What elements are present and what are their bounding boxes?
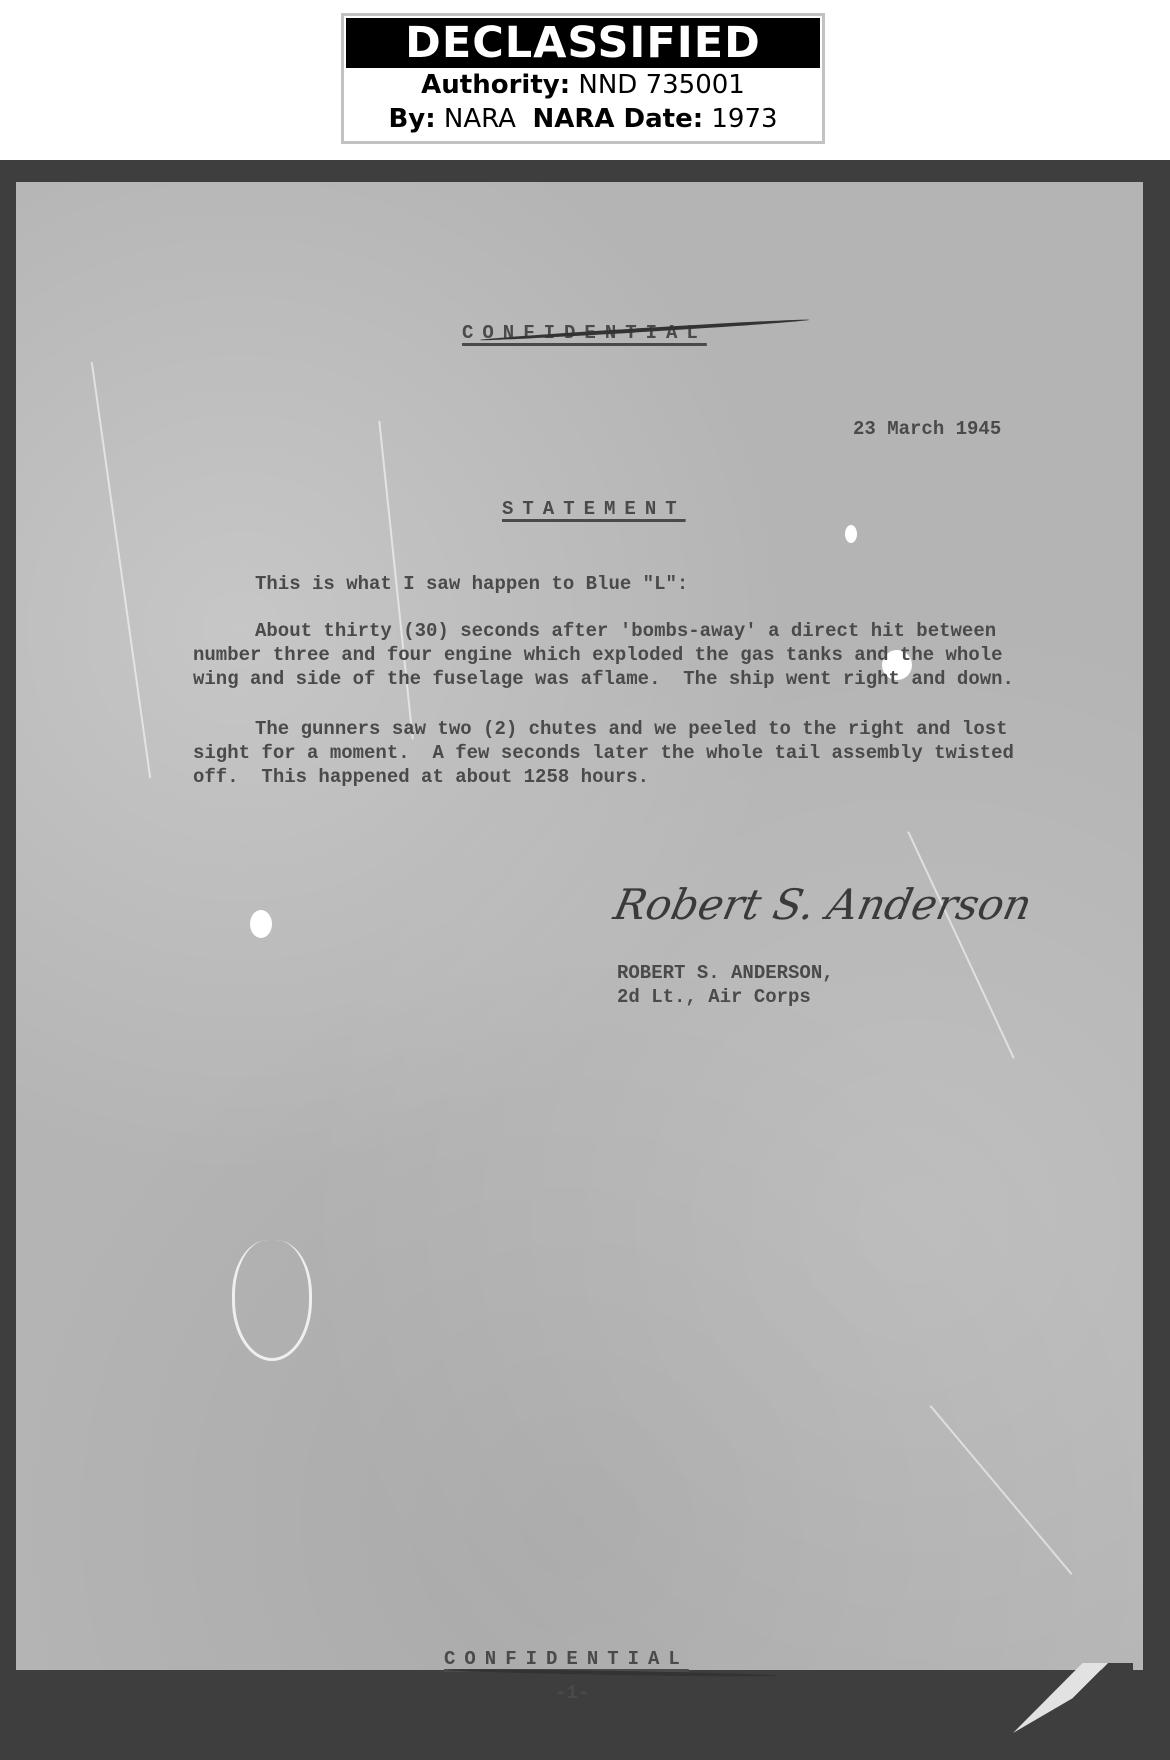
- document-heading: STATEMENT: [502, 498, 686, 520]
- paragraph-2: The gunners saw two (2) chutes and we pe…: [193, 717, 1053, 789]
- classification-bottom: CONFIDENTIAL: [444, 1648, 689, 1670]
- scan-ring-mark: [232, 1240, 312, 1361]
- stamp-authority: Authority: NND 735001: [344, 68, 822, 102]
- signer-rank: 2d Lt., Air Corps: [617, 986, 811, 1008]
- stamp-title: DECLASSIFIED: [346, 18, 820, 68]
- page-number: -1-: [555, 1682, 589, 1704]
- stamp-by-label: By:: [388, 104, 435, 134]
- stamp-by-value: NARA: [444, 104, 516, 134]
- scan-blot: [250, 910, 272, 938]
- stamp-date-label: NARA Date:: [532, 104, 703, 134]
- stamp-date-value: 1973: [711, 104, 777, 134]
- paragraph-2-text: The gunners saw two (2) chutes and we pe…: [193, 718, 1014, 788]
- scanned-page-background: [0, 160, 1170, 1760]
- document-date: 23 March 1945: [853, 418, 1001, 440]
- paragraph-1: About thirty (30) seconds after 'bombs-a…: [193, 619, 1053, 691]
- intro-line: This is what I saw happen to Blue "L":: [193, 572, 1053, 596]
- scan-blot: [845, 525, 857, 543]
- stamp-authority-value: NND 735001: [578, 70, 744, 100]
- declassified-stamp: DECLASSIFIED Authority: NND 735001 By: N…: [341, 13, 825, 144]
- stamp-by-date: By: NARA NARA Date: 1973: [344, 102, 822, 136]
- stamp-authority-label: Authority:: [421, 70, 570, 100]
- handwritten-signature: Robert S. Anderson: [610, 880, 1036, 929]
- signer-name: ROBERT S. ANDERSON,: [617, 962, 834, 984]
- paragraph-1-text: About thirty (30) seconds after 'bombs-a…: [193, 620, 1014, 690]
